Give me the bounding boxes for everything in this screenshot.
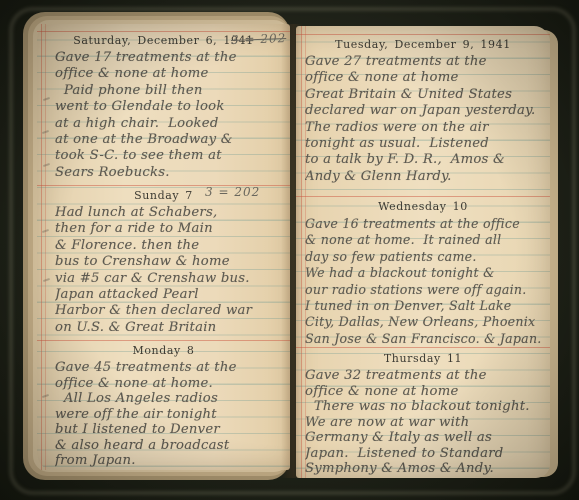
handwritten-line: Great Britain & United States	[305, 87, 548, 103]
handwritten-line: office & none at home	[55, 66, 288, 82]
handwritten-line: from Japan.	[55, 453, 288, 469]
handwritten-line: Andy & Glenn Hardy.	[305, 169, 548, 185]
handwritten-line: Harbor & then declared war	[55, 303, 288, 319]
page-left: Saturday, December 6, 1941 Gave 17 treat…	[37, 24, 290, 470]
handwritten-line: on U.S. & Great Britain	[55, 320, 288, 336]
handwritten-line: I tuned in on Denver, Salt Lake	[305, 298, 548, 314]
handwritten-line: at one at the Broadway &	[55, 132, 288, 148]
handwritten-line: Symphony & Amos & Andy.	[305, 461, 548, 477]
handwritten-line: Sears Roebucks.	[55, 165, 288, 181]
red-rule	[296, 34, 550, 35]
page-right: Tuesday, December 9, 1941 Gave 27 treatm…	[296, 26, 550, 478]
section-sunday: Sunday 7 Had lunch at Schabers, then for…	[37, 187, 290, 336]
handwritten-line: then for a ride to Main	[55, 221, 288, 237]
handwritten-line: office & none at home	[305, 384, 548, 400]
diary-photo: Saturday, December 6, 1941 Gave 17 treat…	[0, 0, 579, 500]
handwritten-line: & Florence. then the	[55, 238, 288, 254]
handwritten-line: tonight as usual. Listened	[305, 136, 548, 152]
handwritten-line: We had a blackout tonight &	[305, 265, 548, 281]
red-rule	[296, 196, 550, 197]
date-header: Tuesday, December 9, 1941	[296, 36, 550, 54]
handwritten-line: Japan. Listened to Standard	[305, 446, 548, 462]
handwritten-line: took S-C. to see them at	[55, 148, 288, 164]
handwritten-line: & none at home. It rained all	[305, 232, 548, 248]
handwritten-line: Gave 16 treatments at the office	[305, 216, 548, 232]
annotation-struck: 3 = 202	[231, 31, 287, 47]
entry-lines: Gave 17 treatments at the office & none …	[37, 50, 290, 181]
handwritten-line: our radio stations were off again.	[305, 282, 548, 298]
handwritten-line: declared war on Japan yesterday.	[305, 103, 548, 119]
handwritten-line: via #5 car & Crenshaw bus.	[55, 271, 288, 287]
handwritten-line: San Jose & San Francisco. & Japan.	[305, 331, 548, 347]
handwritten-line: Gave 32 treatments at the	[305, 368, 548, 384]
handwritten-line: were off the air tonight	[55, 407, 288, 423]
handwritten-line: We are now at war with	[305, 415, 548, 431]
entry-lines: Gave 32 treatments at the office & none …	[296, 368, 550, 477]
entry-lines: Had lunch at Schabers, then for a ride t…	[37, 205, 290, 336]
date-header: Wednesday 10	[296, 198, 550, 216]
handwritten-line: bus to Crenshaw & home	[55, 254, 288, 270]
handwritten-line: Gave 45 treatments at the	[55, 360, 288, 376]
section-monday: Monday 8 Gave 45 treatments at the offic…	[37, 342, 290, 469]
entry-lines: Gave 16 treatments at the office & none …	[296, 216, 550, 347]
handwritten-line: office & none at home.	[55, 376, 288, 392]
handwritten-line: Had lunch at Schabers,	[55, 205, 288, 221]
section-saturday: Saturday, December 6, 1941 Gave 17 treat…	[37, 32, 290, 181]
section-wednesday: Wednesday 10 Gave 16 treatments at the o…	[296, 198, 550, 347]
date-header: Thursday 11	[296, 350, 550, 368]
annotation: 3 = 202	[205, 185, 260, 199]
handwritten-line: All Los Angeles radios	[55, 391, 288, 407]
handwritten-line: & also heard a broadcast	[55, 438, 288, 454]
handwritten-line: but I listened to Denver	[55, 422, 288, 438]
handwritten-line: Gave 27 treatments at the	[305, 54, 548, 70]
handwritten-line: at a high chair. Looked	[55, 116, 288, 132]
handwritten-line: office & none at home	[305, 70, 548, 86]
date-header: Monday 8	[37, 342, 290, 360]
handwritten-line: Japan attacked Pearl	[55, 287, 288, 303]
handwritten-line: went to Glendale to look	[55, 99, 288, 115]
section-thursday: Thursday 11 Gave 32 treatments at the of…	[296, 350, 550, 477]
handwritten-line: There was no blackout tonight.	[305, 399, 548, 415]
handwritten-line: to a talk by F. D. R., Amos &	[305, 152, 548, 168]
entry-lines: Gave 27 treatments at the office & none …	[296, 54, 550, 185]
handwritten-line: City, Dallas, New Orleans, Phoenix	[305, 314, 548, 330]
handwritten-line: Germany & Italy as well as	[305, 430, 548, 446]
entry-lines: Gave 45 treatments at the office & none …	[37, 360, 290, 469]
section-tuesday: Tuesday, December 9, 1941 Gave 27 treatm…	[296, 36, 550, 185]
red-rule	[37, 340, 290, 341]
handwritten-line: The radios were on the air	[305, 120, 548, 136]
handwritten-line: Paid phone bill then	[55, 83, 288, 99]
handwritten-line: day so few patients came.	[305, 249, 548, 265]
handwritten-line: Gave 17 treatments at the	[55, 50, 288, 66]
